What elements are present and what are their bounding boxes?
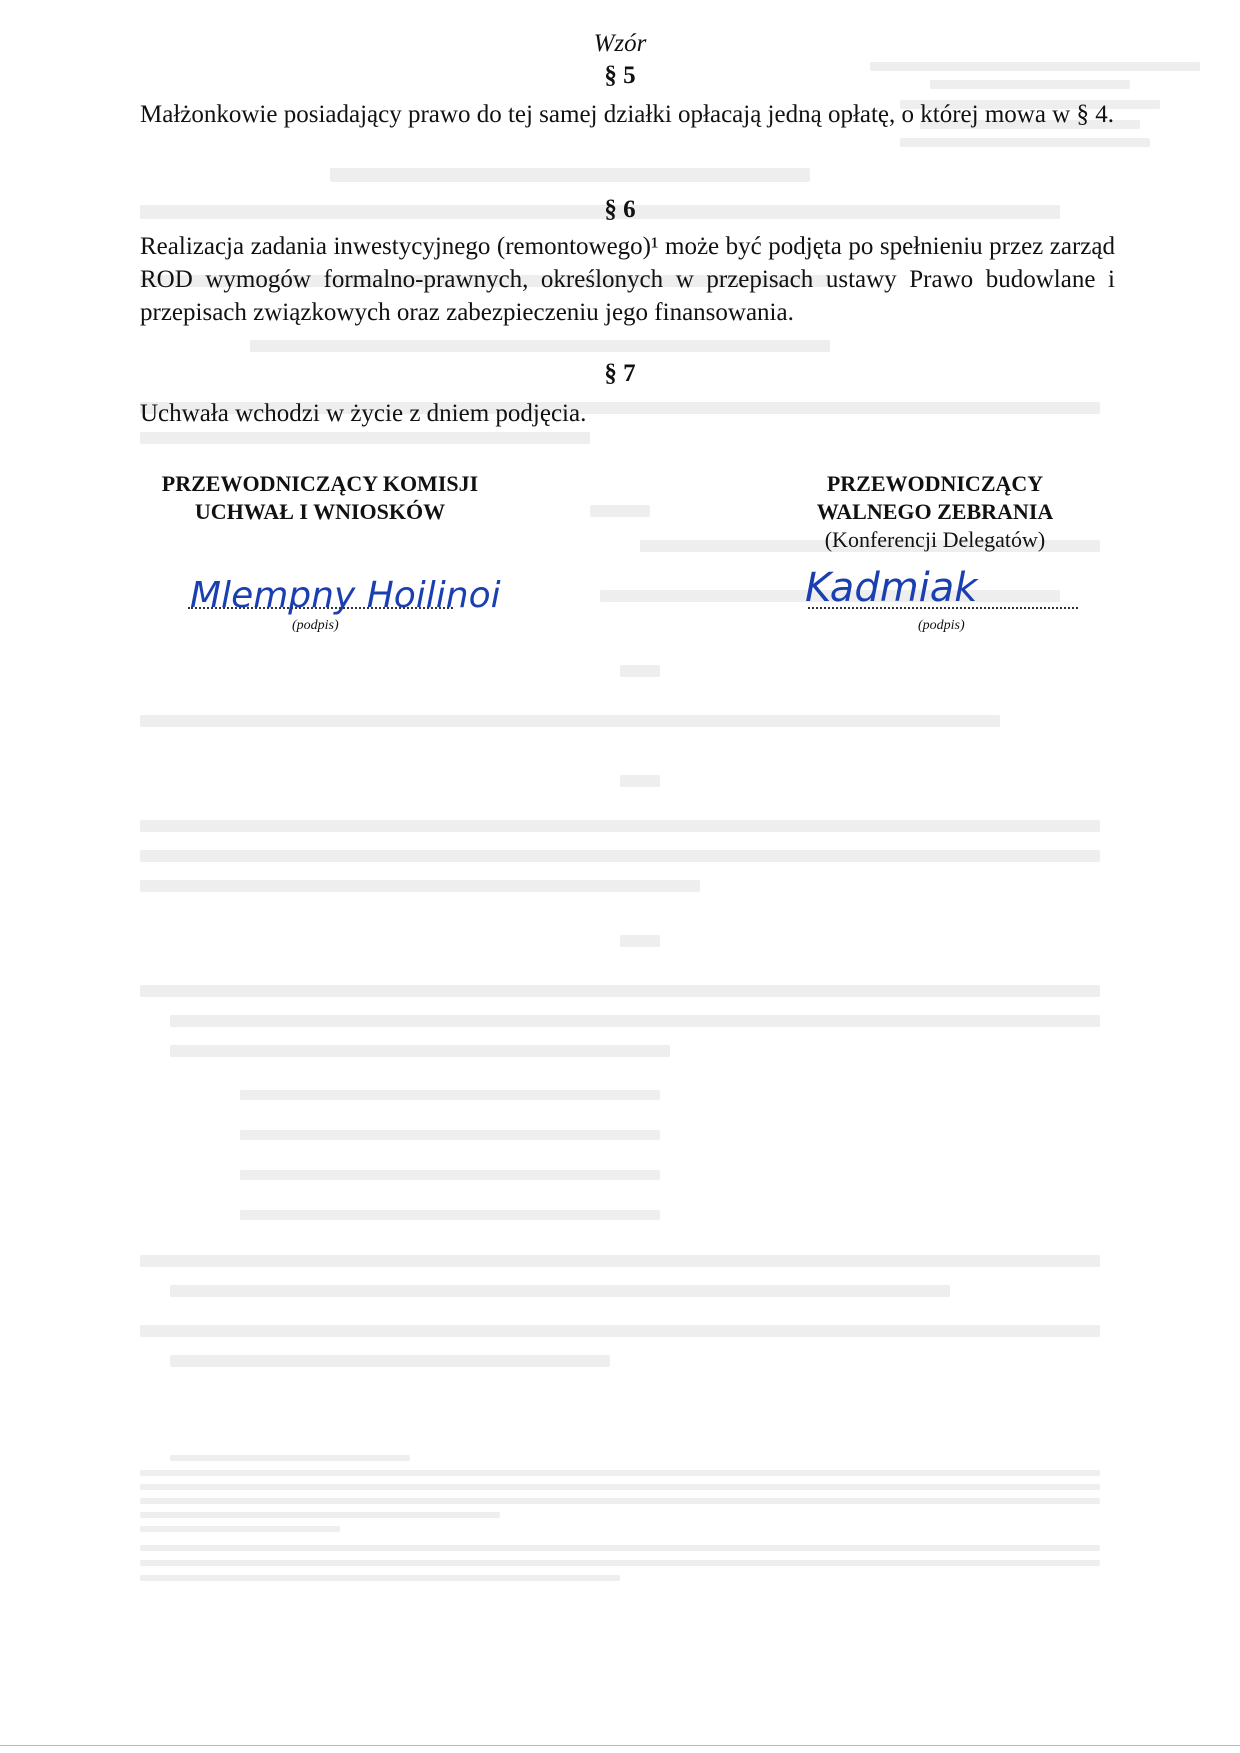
left-title-line1: PRZEWODNICZĄCY KOMISJI: [120, 470, 520, 498]
right-title-line2: WALNEGO ZEBRANIA: [790, 498, 1080, 526]
right-signatory-title: PRZEWODNICZĄCY WALNEGO ZEBRANIA (Konfere…: [790, 470, 1080, 554]
left-title-line2: UCHWAŁ I WNIOSKÓW: [120, 498, 520, 526]
left-signature-caption: (podpis): [292, 618, 339, 634]
document-label: Wzór: [0, 30, 1240, 58]
section-text-5: Małżonkowie posiadający prawo do tej sam…: [140, 98, 1115, 131]
left-signatory-title: PRZEWODNICZĄCY KOMISJI UCHWAŁ I WNIOSKÓW: [120, 470, 520, 526]
right-title-line3: (Konferencji Delegatów): [790, 526, 1080, 554]
right-signature-caption: (podpis): [918, 618, 965, 634]
section-heading-6: § 6: [0, 196, 1240, 224]
right-title-line1: PRZEWODNICZĄCY: [790, 470, 1080, 498]
right-signature-line: [808, 607, 1078, 609]
section-heading-7: § 7: [0, 360, 1240, 388]
left-signature-line: [188, 607, 453, 609]
left-handwritten-signature: Mlempny Hoilinoi: [190, 575, 501, 616]
section-text-6: Realizacja zadania inwestycyjnego (remon…: [140, 230, 1115, 329]
section-heading-5: § 5: [0, 62, 1240, 90]
right-handwritten-signature: Kadmiak: [805, 565, 977, 611]
scan-bottom-edge: [0, 1745, 1240, 1746]
section-text-7: Uchwała wchodzi w życie z dniem podjęcia…: [140, 397, 1115, 430]
